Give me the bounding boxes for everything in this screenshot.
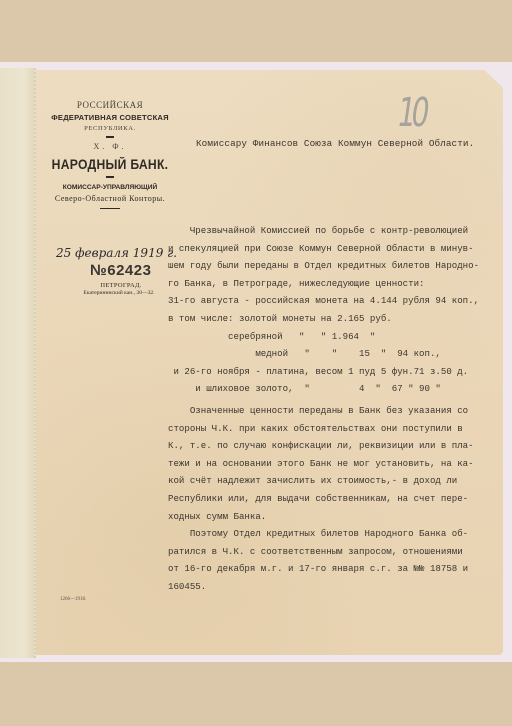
letter-body: Чрезвычайной Комиссией по борьбе с контр… [168,222,504,595]
body-line: Означенные ценности переданы в Банк без … [168,402,504,420]
city: ПЕТРОГРАД. [56,282,186,289]
body-line: ратился в Ч.К. с соответственным запросо… [168,543,504,561]
letterhead-initials: Х. Ф. [40,142,180,151]
letterhead-bank-name: НАРОДНЫЙ БАНК. [47,157,173,172]
handwritten-date: 25 февраля 1919 г. [56,246,177,260]
body-line: и шлиховое золото, " 4 " 67 " 90 " [168,380,504,398]
body-line: и спекуляцией при Союзе Коммун Северной … [168,240,504,258]
body-line: стороны Ч.К. при каких обстоятельствах о… [168,420,504,438]
body-line: шем году были переданы в Отдел кредитных… [168,257,504,275]
body-line: 160455. [168,578,504,596]
body-line: серебряной " " 1.964 " [168,328,504,346]
print-code: 1266—1918. [60,597,86,602]
addressee: Комиссару Финансов Союза Коммун Северной… [196,138,474,149]
body-line: го Банка, в Петрограде, нижеследующие це… [168,275,504,293]
letterhead-federative: ФЕДЕРАТИВНАЯ СОВЕТСКАЯ [40,113,180,122]
letterhead-republic: РЕСПУБЛИКА. [40,125,180,132]
body-line: кой счёт надлежит зачислить их стоимость… [168,472,504,490]
body-line: ходных сумм Банка. [168,508,504,526]
letterhead-role: КОМИССАР-УПРАВЛЯЮЩИЙ [40,184,180,191]
body-line: Чрезвычайной Комиссией по борьбе с контр… [168,222,504,240]
body-line: и 26-го ноября - платина, весом 1 пуд 5 … [168,363,504,381]
body-line: от 16-го декабря м.г. и 17-го января с.г… [168,560,504,578]
body-line: 31-го августа - российская монета на 4.1… [168,292,504,310]
body-line: Поэтому Отдел кредитных билетов Народног… [168,525,504,543]
body-line: Республики или, для выдачи собственникам… [168,490,504,508]
letterhead-dash [106,176,114,178]
document-number: №62423 [90,262,151,279]
letterhead-country: РОССИЙСКАЯ [40,100,180,110]
letterhead-office: Северо-Областной Конторы. [40,194,180,203]
binding-strip [0,68,36,658]
body-line: тежи и на основании этого Банк не мог ус… [168,455,504,473]
letterhead-dash [106,136,114,138]
letterhead-rule [100,208,120,209]
body-line: К., т.е. по случаю конфискации ли, рекви… [168,437,504,455]
letterhead: РОССИЙСКАЯ ФЕДЕРАТИВНАЯ СОВЕТСКАЯ РЕСПУБ… [40,100,180,209]
body-line: медной " " 15 " 94 коп., [168,345,504,363]
body-line: в том числе: золотой монеты на 2.165 руб… [168,310,504,328]
